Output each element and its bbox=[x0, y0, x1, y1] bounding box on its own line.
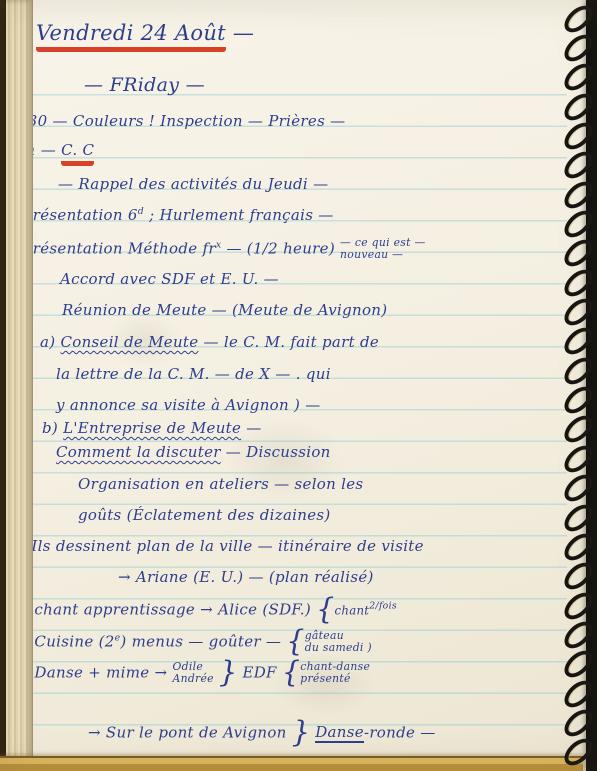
spiral-binding bbox=[555, 0, 597, 771]
spiral-coil-icon bbox=[560, 411, 597, 448]
spiral-coil-icon bbox=[560, 440, 597, 477]
handwriting-segment: — Discussion bbox=[221, 443, 331, 461]
spiral-coil-icon bbox=[560, 587, 597, 624]
spiral-coil-icon bbox=[560, 646, 597, 683]
handwriting-segment: 2)- chant apprentissage → Alice (SDF.) bbox=[8, 600, 316, 618]
handwriting-segment: { bbox=[286, 625, 304, 658]
handwriting-segment: → Sur le pont de Avignon bbox=[88, 723, 292, 741]
handwriting-segment: y annonce sa visite à Avignon ) — bbox=[56, 396, 321, 414]
handwriting-segment: — bbox=[226, 21, 254, 45]
handwriting-line: → Ariane (E. U.) — (plan réalisé) bbox=[118, 568, 374, 587]
page-edge-left bbox=[0, 0, 33, 771]
spiral-coil-icon bbox=[560, 264, 597, 301]
spiral-coil-icon bbox=[560, 323, 597, 360]
spiral-coil-icon bbox=[560, 675, 597, 712]
spiral-coil-icon bbox=[560, 616, 597, 653]
spiral-coil-icon bbox=[560, 528, 597, 565]
handwriting-segment: { bbox=[282, 656, 300, 689]
spiral-coil-icon bbox=[560, 88, 597, 125]
handwriting-segment: — Rappel des activités du Jeudi — bbox=[58, 175, 328, 193]
handwriting-line: — Présentation 6d ; Hurlement français — bbox=[2, 206, 334, 225]
spiral-coil-icon bbox=[560, 118, 597, 155]
handwriting-segment: } bbox=[292, 716, 310, 749]
handwriting-segment: -ronde — bbox=[364, 723, 436, 741]
handwriting-segment: C. C bbox=[61, 141, 94, 166]
handwriting-segment: la lettre de la C. M. — de X — . qui bbox=[56, 365, 331, 383]
handwriting-line: la lettre de la C. M. — de X — . qui bbox=[56, 365, 331, 384]
spiral-coil-icon bbox=[560, 499, 597, 536]
handwriting-segment: Danse bbox=[315, 723, 364, 743]
handwriting-segment: — FRiday — bbox=[84, 74, 205, 96]
handwriting-lines: Vendredi 24 Août —— FRiday —9h30 — Coule… bbox=[0, 0, 597, 771]
handwriting-segment: ) menus — goûter — bbox=[120, 632, 286, 650]
page-edge-bottom bbox=[0, 756, 583, 771]
handwriting-segment: — Présentation Méthode fr bbox=[2, 239, 216, 257]
handwriting-line: → Sur le pont de Avignon } Danse-ronde — bbox=[88, 722, 436, 745]
spiral-coil-icon bbox=[560, 294, 597, 331]
spiral-coil-icon bbox=[560, 558, 597, 595]
handwriting-segment: — bbox=[241, 419, 261, 437]
handwriting-segment: Comment la discuter bbox=[56, 443, 221, 461]
handwriting-segment: gâteaudu samedi ) bbox=[305, 630, 372, 655]
handwriting-line: Vendredi 24 Août — bbox=[36, 20, 254, 52]
handwriting-segment: Réunion de Meute — (Meute de Avignon) bbox=[62, 301, 387, 319]
handwriting-segment: Vendredi 24 Août bbox=[36, 20, 226, 52]
handwriting-segment: — (1/2 heure) bbox=[221, 239, 340, 257]
handwriting-line: 9h30 — Couleurs ! Inspection — Prières — bbox=[8, 112, 345, 131]
handwriting-line: Accord avec SDF et E. U. — bbox=[60, 270, 279, 289]
spiral-coil-icon bbox=[560, 734, 597, 771]
handwriting-line: Réunion de Meute — (Meute de Avignon) bbox=[62, 301, 387, 320]
handwriting-line: y annonce sa visite à Avignon ) — bbox=[56, 396, 321, 415]
handwriting-segment: L'Entreprise de Meute bbox=[63, 419, 241, 437]
handwriting-segment: — ce qui est —nouveau — bbox=[340, 237, 426, 262]
spiral-coil-icon bbox=[560, 235, 597, 272]
handwriting-segment: ; Hurlement français — bbox=[144, 206, 334, 224]
spiral-coil-icon bbox=[560, 59, 597, 96]
handwriting-segment: Accord avec SDF et E. U. — bbox=[60, 270, 279, 288]
handwriting-segment: 9h30 — Couleurs ! Inspection — Prières — bbox=[8, 112, 345, 130]
handwriting-segment: — le C. M. fait part de bbox=[198, 333, 379, 351]
spiral-coil-icon bbox=[560, 30, 597, 67]
spiral-coil-icon bbox=[560, 382, 597, 419]
handwriting-line: goûts (Éclatement des dizaines) bbox=[78, 506, 331, 525]
spiral-coil-icon bbox=[560, 147, 597, 184]
handwriting-segment: OdileAndrée bbox=[172, 661, 213, 686]
notebook-page-photo: Vendredi 24 Août —— FRiday —9h30 — Coule… bbox=[0, 0, 597, 771]
handwriting-line: 2)- chant apprentissage → Alice (SDF.) {… bbox=[8, 599, 397, 622]
handwriting-line: a) Conseil de Meute — le C. M. fait part… bbox=[40, 333, 379, 352]
handwriting-segment: 2/fois bbox=[369, 600, 397, 611]
handwriting-line: 4)- Danse + mime → OdileAndrée } EDF {ch… bbox=[8, 661, 370, 686]
handwriting-segment: chant bbox=[335, 603, 370, 617]
handwriting-segment: } bbox=[219, 656, 237, 689]
handwriting-line: — Présentation Méthode frx — (1/2 heure)… bbox=[2, 237, 426, 262]
handwriting-segment: { bbox=[316, 593, 334, 626]
spiral-coil-icon bbox=[560, 176, 597, 213]
handwriting-line: — Rappel des activités du Jeudi — bbox=[58, 175, 328, 194]
handwriting-segment: a) bbox=[40, 333, 60, 351]
handwriting-segment: → Ariane (E. U.) — (plan réalisé) bbox=[118, 568, 374, 586]
spiral-coil-icon bbox=[560, 0, 597, 37]
spiral-coil-icon bbox=[560, 470, 597, 507]
handwriting-line: Comment la discuter — Discussion bbox=[56, 443, 331, 462]
handwriting-segment: Organisation en ateliers — selon les bbox=[78, 475, 363, 493]
handwriting-line: — FRiday — bbox=[84, 74, 205, 98]
handwriting-segment: 1)- Ils dessinent plan de la ville — iti… bbox=[5, 537, 424, 555]
handwriting-segment: chant-danseprésenté bbox=[300, 661, 370, 686]
handwriting-segment: Conseil de Meute bbox=[60, 333, 198, 351]
handwriting-line: 1)- Ils dessinent plan de la ville — iti… bbox=[5, 537, 424, 556]
handwriting-segment: EDF bbox=[237, 663, 281, 681]
handwriting-line: Organisation en ateliers — selon les bbox=[78, 475, 363, 494]
handwriting-segment: b) bbox=[42, 419, 63, 437]
handwriting-line: 3)- Cuisine (2e) menus — goûter — {gâtea… bbox=[8, 630, 372, 655]
handwriting-segment: goûts (Éclatement des dizaines) bbox=[78, 506, 331, 524]
handwriting-line: b) L'Entreprise de Meute — bbox=[42, 419, 262, 438]
spiral-coil-icon bbox=[560, 206, 597, 243]
spiral-coil-icon bbox=[560, 352, 597, 389]
spiral-coil-icon bbox=[560, 704, 597, 741]
